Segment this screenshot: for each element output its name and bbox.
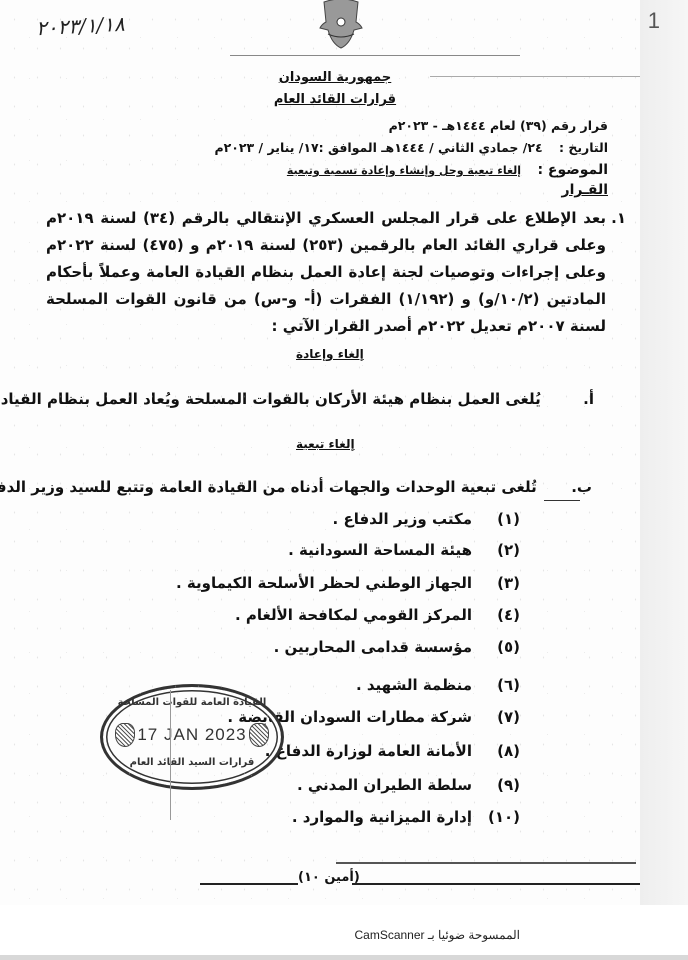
item-text: يُلغى العمل بنظام هيئة الأركان بالقوات ا… [0, 390, 541, 408]
subject-label: الموضوع : [537, 162, 608, 178]
footer-rule-top [336, 862, 636, 864]
item-label: ب. [542, 478, 592, 496]
section-title-cancel-restore: إلغاء وإعادة [296, 347, 364, 361]
country-header: جمهورية السودان [270, 70, 400, 85]
entity-list-item: (٣)الجهاز الوطني لحظر الأسلحة الكيماوية … [176, 574, 520, 592]
header-rule [230, 55, 520, 56]
handwritten-note: ٢٠٢٣/١/١٨ [35, 12, 125, 41]
paragraph-number: ١. [611, 205, 626, 232]
stamp-emblem-right-icon [249, 723, 269, 747]
stamp-top-text: القيادة العامة للقوات المسلحة [103, 697, 281, 708]
decision-subject: الموضوع : إلغاء تبعية وحل وإنشاء وإعادة … [287, 162, 608, 178]
decision-date: التاريخ : ٢٤/ جمادي الثاني / ١٤٤٤هـ المو… [215, 140, 609, 155]
entity-list-item: (٩)سلطة الطيران المدني . [297, 776, 520, 794]
official-stamp: القيادة العامة للقوات المسلحة 17 JAN 202… [100, 684, 284, 790]
entity-list-item: (٤)المركز القومي لمكافحة الألغام . [235, 606, 520, 624]
fold-line [170, 690, 171, 820]
item-b: ب. تُلغى تبعية الوحدات والجهات أدناه من … [0, 478, 592, 496]
stamp-bottom-text: قرارات السيد القائد العام [103, 757, 281, 768]
scanned-page: ٢٠٢٣/١/١٨ جمهورية السودان قرارات القائد … [0, 0, 640, 905]
item-b-underline [544, 500, 580, 501]
scanner-watermark: الممسوحة ضوئيا بـ CamScanner [354, 928, 520, 942]
entity-list-item: (٨)الأمانة العامة لوزارة الدفاع . [265, 742, 520, 760]
item-a: أ. يُلغى العمل بنظام هيئة الأركان بالقوا… [0, 390, 594, 408]
entity-list-item: (٥)مؤسسة قدامى المحاربين . [274, 638, 520, 656]
office-header: قرارات القائد العام [270, 92, 400, 107]
entity-list-item: (١)مكتب وزير الدفاع . [333, 510, 520, 528]
entity-list-item: (١٠)إدارة الميزانية والموارد . [292, 808, 520, 826]
item-label: أ. [546, 390, 594, 408]
subject-value: إلغاء تبعية وحل وإنشاء وإعادة تسمية وتبع… [287, 164, 521, 177]
entity-list-item: (٦)منظمة الشهيد . [356, 676, 520, 694]
date-value: ٢٤/ جمادي الثاني / ١٤٤٤هـ الموافق :١٧/ ي… [215, 140, 543, 155]
section-title-cancel-affiliation: إلغاء تبعية [296, 437, 355, 451]
paragraph-1: ١. بعد الإطلاع على قرار المجلس العسكري ا… [46, 205, 606, 340]
sudan-emblem-icon [316, 0, 366, 50]
page-margin [640, 0, 688, 905]
decision-number: قرار رقم (٣٩) لعام ١٤٤٤هـ - ٢٠٢٣م [389, 118, 608, 133]
viewer-bottom-bar [0, 955, 688, 960]
page-number: 1 [648, 8, 660, 34]
decision-heading: القـرار [562, 182, 608, 198]
footer-rule [200, 883, 298, 885]
footer-rule [352, 883, 640, 885]
entity-list-item: (٢)هيئة المساحة السودانية . [288, 541, 520, 559]
header-rule-right [430, 76, 640, 77]
item-text: تُلغى تبعية الوحدات والجهات أدناه من الق… [0, 478, 537, 496]
footer-reference: (أمين ١٠) [298, 870, 360, 885]
date-label: التاريخ : [559, 140, 608, 155]
paragraph-text: بعد الإطلاع على قرار المجلس العسكري الإن… [46, 209, 606, 335]
